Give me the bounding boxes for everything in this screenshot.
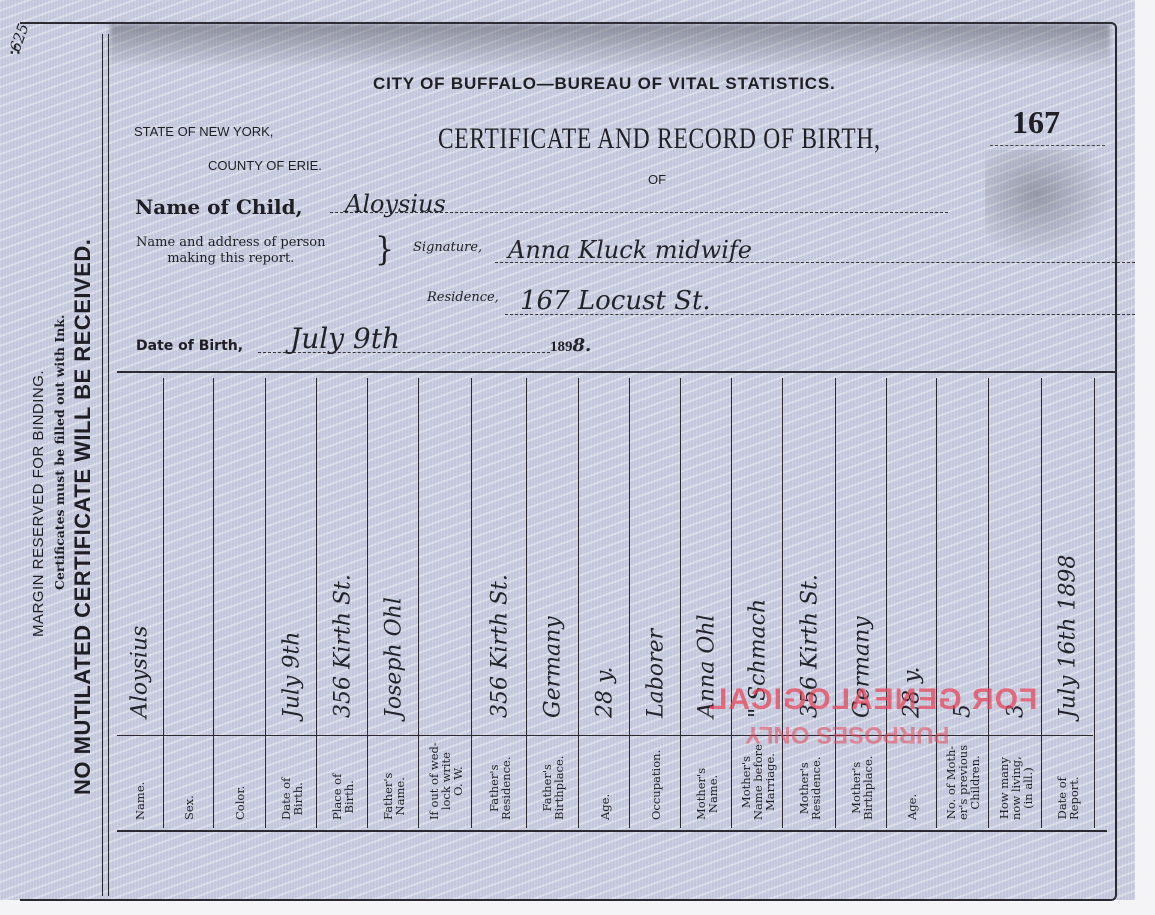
- dob-value: July 9th: [290, 322, 400, 355]
- column-header: Date of Birth.: [280, 778, 304, 820]
- ink-smudge: [985, 150, 1115, 260]
- certificate-number: 167: [1012, 104, 1060, 141]
- column-date-of-report: July 16th 1898 Date of Report.: [1041, 378, 1095, 828]
- cell-value: Laborer: [643, 629, 668, 718]
- column-mother-age: 28 y. Age.: [886, 378, 937, 828]
- dob-year-handwritten: 8.: [573, 335, 592, 356]
- cell-value: July 9th: [279, 632, 304, 718]
- column-fathers-name: Joseph Ohl Father's Name.: [367, 378, 419, 828]
- record-table: Aloysius Name. Sex. Color. July 9th Date…: [117, 378, 1093, 828]
- reporter-label-line2: making this report.: [136, 251, 326, 267]
- residence-value: 167 Locust St.: [520, 286, 711, 316]
- table-bottom-rule: [117, 830, 1107, 832]
- residence-label: Residence,: [427, 290, 499, 305]
- margin-rule: [108, 34, 109, 896]
- column-header: Name.: [134, 782, 146, 820]
- column-header: Mother's Residence.: [798, 756, 822, 820]
- ink-note: Certificates must be filled out with Ink…: [52, 315, 67, 590]
- cell-value: Aloysius: [128, 626, 153, 718]
- column-header: Date of Report.: [1056, 776, 1080, 820]
- column-mothers-residence: 356 Kirth St. Mother's Residence.: [782, 378, 836, 828]
- dob-label: Date of Birth,: [136, 338, 243, 354]
- number-underline: [990, 145, 1105, 146]
- column-sex: Sex.: [163, 378, 214, 828]
- binding-smudge: [110, 24, 1110, 64]
- column-previous-children: 5 No. of Moth- er's previous Children.: [936, 378, 989, 828]
- scan-edge-bottom: [0, 900, 1155, 915]
- of-label: OF: [648, 172, 666, 187]
- column-mothers-maiden-name: " Schmach Mother's Name before Marriage.: [731, 378, 783, 828]
- column-now-living: 3 How many now living, (in all.): [988, 378, 1042, 828]
- column-header: Father's Name.: [382, 773, 406, 820]
- child-name-label: Name of Child,: [135, 195, 303, 219]
- scan-edge: [1135, 0, 1155, 915]
- certificate-title: CERTIFICATE AND RECORD OF BIRTH,: [438, 122, 881, 156]
- cell-value: 356 Kirth St.: [487, 574, 512, 718]
- column-place-of-birth: 356 Kirth St. Place of Birth.: [316, 378, 368, 828]
- column-date-of-birth: July 9th Date of Birth.: [265, 378, 317, 828]
- column-header: Age.: [599, 794, 611, 820]
- column-fathers-birthplace: Germany Father's Birthplace.: [526, 378, 579, 828]
- mutilation-warning: NO MUTILATED CERTIFICATE WILL BE RECEIVE…: [70, 239, 96, 795]
- binding-note: MARGIN RESERVED FOR BINDING.: [30, 370, 47, 637]
- cell-value: Joseph Ohl: [381, 597, 406, 718]
- signature-value: Anna Kluck midwife: [508, 236, 752, 264]
- column-color: Color.: [213, 378, 266, 828]
- cell-value: Germany: [541, 616, 566, 718]
- genealogical-stamp-line2: PURPOSES ONLY: [745, 720, 950, 748]
- column-father-age: 28 y. Age.: [578, 378, 630, 828]
- genealogical-stamp: FOR GENEALOGICAL: [708, 683, 1037, 717]
- cell-value: July 16th 1898: [1056, 555, 1081, 718]
- column-header: Mother's Name before Marriage.: [740, 744, 776, 820]
- column-header: Father's Birthplace.: [541, 756, 565, 820]
- state-label: STATE OF NEW YORK,: [134, 124, 273, 139]
- column-header: How many now living, (in all.): [998, 756, 1034, 820]
- bureau-title: CITY OF BUFFALO—BUREAU OF VITAL STATISTI…: [373, 74, 836, 94]
- column-header: Mother's Name.: [695, 768, 719, 820]
- column-fathers-residence: 356 Kirth St. Father's Residence.: [471, 378, 527, 828]
- column-occupation: Laborer Occupation.: [629, 378, 681, 828]
- column-header: Occupation.: [650, 750, 662, 820]
- column-mothers-birthplace: Germany Mother's Birthplace.: [835, 378, 887, 828]
- dob-year-printed: 189: [550, 339, 573, 355]
- column-header: Age.: [906, 794, 918, 820]
- dob-year: 1898.: [550, 335, 591, 356]
- reporter-label: Name and address of person making this r…: [136, 235, 326, 267]
- column-name: Aloysius Name.: [117, 378, 163, 828]
- child-name-value: Aloysius: [345, 190, 446, 218]
- column-header: Father's Residence.: [488, 756, 512, 820]
- column-header: Sex.: [183, 795, 195, 820]
- cell-value: 356 Kirth St.: [330, 574, 355, 718]
- column-header: If out of wed- lock write O. W.: [428, 742, 464, 820]
- margin-rule: [102, 34, 103, 896]
- column-header: Place of Birth.: [331, 774, 355, 820]
- cell-value: 28 y.: [592, 667, 617, 719]
- county-label: COUNTY OF ERIE.: [208, 158, 322, 173]
- reporter-label-line1: Name and address of person: [136, 235, 326, 251]
- brace-icon: }: [375, 230, 394, 269]
- signature-label: Signature,: [413, 240, 482, 255]
- table-top-rule: [117, 371, 1117, 373]
- column-header: No. of Moth- er's previous Children.: [945, 745, 981, 820]
- column-mothers-name: Anna Ohl Mother's Name.: [680, 378, 732, 828]
- column-out-of-wedlock: If out of wed- lock write O. W.: [418, 378, 472, 828]
- column-header: Mother's Birthplace.: [850, 756, 874, 820]
- column-header: Color.: [234, 786, 246, 820]
